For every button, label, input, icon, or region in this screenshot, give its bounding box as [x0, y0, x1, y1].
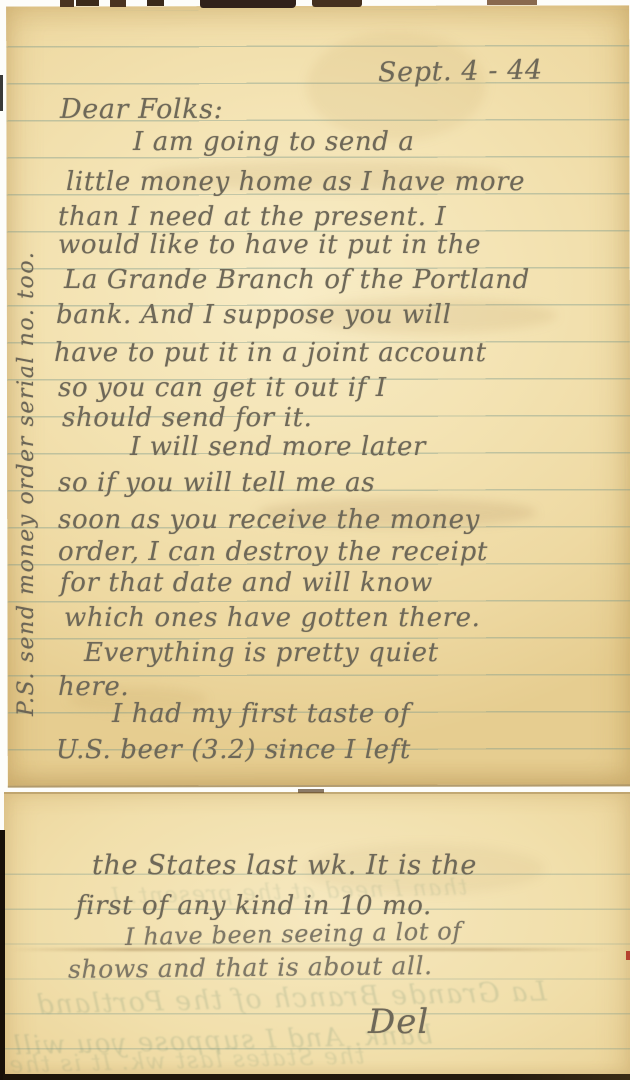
handwritten-line-p1-17: here. [58, 672, 129, 702]
torn-edge-mark [147, 0, 164, 6]
handwritten-line-p1-10: I will send more later [130, 432, 426, 462]
torn-edge-mark [110, 0, 126, 7]
scan-edge-strip-bottom [3, 1074, 630, 1080]
handwritten-line-p1-1: I am going to send a [133, 127, 414, 157]
handwritten-line-p1-11: so if you will tell me as [58, 468, 375, 498]
torn-edge-mark [298, 789, 324, 793]
torn-edge-mark [60, 0, 74, 7]
handwritten-line-p1-18: I had my first taste of [112, 699, 410, 729]
handwritten-line-p1-19: U.S. beer (3.2) since I left [56, 735, 411, 765]
handwritten-line-p1-9: should send for it. [62, 403, 313, 433]
handwritten-line-p2-3: I have been seeing a lot of [125, 917, 462, 951]
signature: Del [368, 1002, 429, 1042]
date-line: Sept. 4 - 44 [378, 55, 543, 89]
handwritten-line-p1-4: would like to have it put in the [58, 230, 481, 260]
handwritten-line-p2-4: shows and that is about all. [68, 951, 433, 984]
scan-edge-strip-left [0, 830, 5, 1080]
torn-edge-mark [312, 0, 362, 7]
handwritten-line-p1-5: La Grande Branch of the Portland [64, 265, 530, 295]
handwritten-line-p1-15: which ones have gotten there. [64, 603, 481, 633]
handwritten-line-p1-7: have to put it in a joint account [54, 338, 487, 368]
handwritten-line-p1-14: for that date and will know [60, 568, 433, 598]
handwritten-line-p1-2: little money home as I have more [66, 167, 525, 197]
handwritten-line-p1-3: than I need at the present. I [58, 202, 446, 232]
handwritten-line-p1-8: so you can get it out if I [58, 373, 387, 403]
handwritten-line-p1-6: bank. And I suppose you will [56, 300, 452, 330]
letter-scan: Sept. 4 - 44 Dear Folks: I am going to s… [0, 0, 630, 1080]
handwritten-line-p1-16: Everything is pretty quiet [84, 638, 439, 668]
handwritten-line-p1-13: order, I can destroy the receipt [58, 537, 488, 567]
handwritten-line-p1-12: soon as you receive the money [58, 505, 480, 535]
salutation: Dear Folks: [60, 94, 223, 125]
torn-edge-mark [76, 0, 99, 6]
torn-edge-mark [200, 0, 296, 8]
margin-note-ps: P.S. send money order serial no. too. [14, 154, 39, 716]
handwritten-line-p2-1: the States last wk. It is the [92, 850, 477, 881]
handwritten-line-p2-2: first of any kind in 10 mo. [76, 891, 432, 921]
scan-edge-line [0, 75, 3, 111]
red-ink-speck [626, 951, 630, 960]
torn-edge-mark [487, 0, 537, 5]
fold-crease [10, 948, 610, 951]
